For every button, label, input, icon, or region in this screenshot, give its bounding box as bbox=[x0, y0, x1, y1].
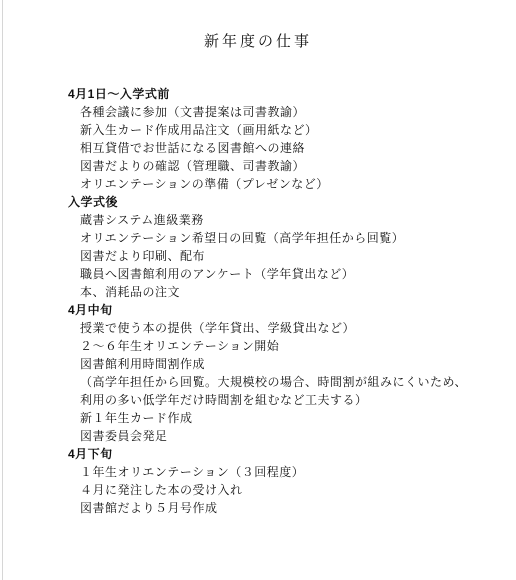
task-item: ４月に発注した本の受け入れ bbox=[80, 481, 516, 499]
page-title: 新年度の仕事 bbox=[0, 0, 516, 51]
task-item: オリエンテーションの準備（プレゼンなど） bbox=[80, 175, 516, 193]
task-item: 相互貸借でお世話になる図書館への連絡 bbox=[80, 139, 516, 157]
task-item: 本、消耗品の注文 bbox=[80, 283, 516, 301]
document-page: 新年度の仕事 4月1日～入学式前 各種会議に参加（文書提案は司書教諭） 新入生カ… bbox=[0, 0, 516, 580]
task-item: ２～６年生オリエンテーション開始 bbox=[80, 337, 516, 355]
task-item: 新１年生カード作成 bbox=[80, 409, 516, 427]
section-heading: 4月下旬 bbox=[68, 445, 516, 463]
section-heading: 入学式後 bbox=[68, 193, 516, 211]
task-item: 蔵書システム進級業務 bbox=[80, 211, 516, 229]
section-heading: 4月中旬 bbox=[68, 301, 516, 319]
task-item: 新入生カード作成用品注文（画用紙など） bbox=[80, 121, 516, 139]
section-heading: 4月1日～入学式前 bbox=[68, 85, 516, 103]
task-item: 図書館利用時間割作成 bbox=[80, 355, 516, 373]
task-item: 図書だよりの確認（管理職、司書教諭） bbox=[80, 157, 516, 175]
task-list: 4月1日～入学式前 各種会議に参加（文書提案は司書教諭） 新入生カード作成用品注… bbox=[0, 85, 516, 517]
task-item: 図書館だより５月号作成 bbox=[80, 499, 516, 517]
task-item: 利用の多い低学年だけ時間割を組むなど工夫する） bbox=[80, 391, 516, 409]
task-item: オリエンテーション希望日の回覧（高学年担任から回覧） bbox=[80, 229, 516, 247]
task-item: 各種会議に参加（文書提案は司書教諭） bbox=[80, 103, 516, 121]
task-item: 図書だより印刷、配布 bbox=[80, 247, 516, 265]
task-item: 職員へ図書館利用のアンケート（学年貸出など） bbox=[80, 265, 516, 283]
task-item: 図書委員会発足 bbox=[80, 427, 516, 445]
task-item: （高学年担任から回覧。大規模校の場合、時間割が組みにくいため、 bbox=[80, 373, 516, 391]
page-edge-divider bbox=[2, 0, 3, 580]
task-item: 授業で使う本の提供（学年貸出、学級貸出など） bbox=[80, 319, 516, 337]
task-item: １年生オリエンテーション（３回程度） bbox=[80, 463, 516, 481]
